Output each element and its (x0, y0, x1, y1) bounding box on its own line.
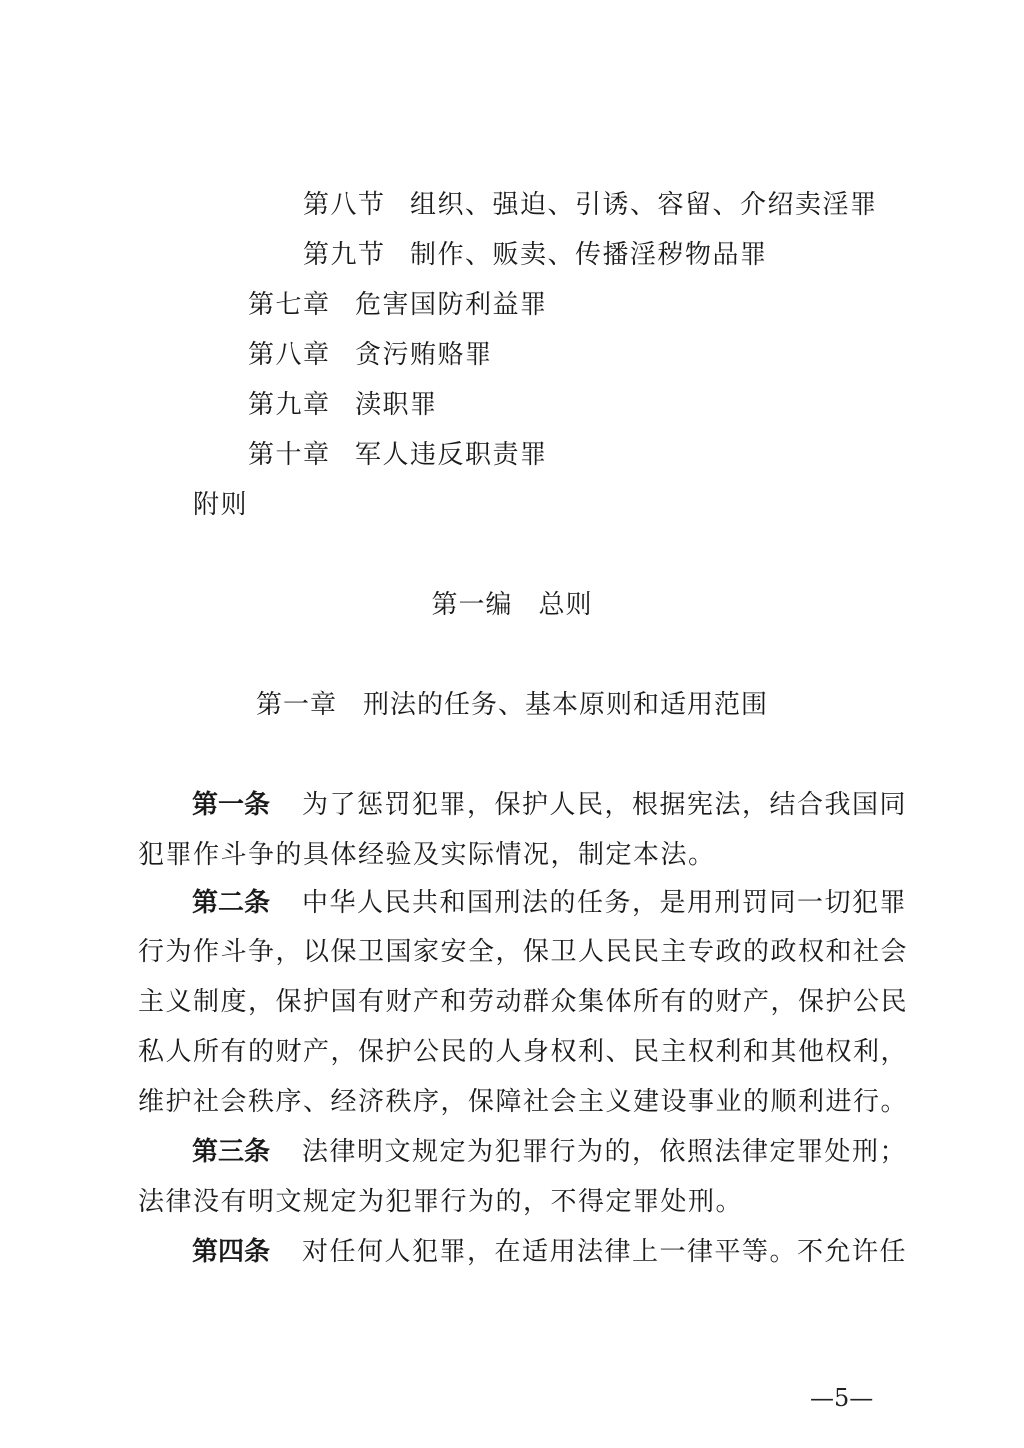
article-text: 为了惩罚犯罪，保护人民，根据宪法，结合我国同 (302, 790, 907, 820)
toc-chapter-title: 渎职罪 (355, 390, 438, 420)
article-3-line-1: 第三条法律明文规定为犯罪行为的，依照法律定罪处刑； (192, 1135, 907, 1169)
toc-chapter-number: 第九章 (248, 388, 355, 422)
article-4-line-1: 第四条对任何人犯罪，在适用法律上一律平等。不允许任 (192, 1235, 907, 1269)
article-text: 对任何人犯罪，在适用法律上一律平等。不允许任 (302, 1237, 907, 1267)
chapter-title: 刑法的任务、基本原则和适用范围 (363, 690, 768, 720)
chapter-heading: 第一章刑法的任务、基本原则和适用范围 (0, 688, 1024, 722)
article-label: 第四条 (192, 1235, 302, 1269)
article-2-line-4: 私人所有的财产，保护公民的人身权利、民主权利和其他权利， (138, 1035, 908, 1069)
toc-appendix: 附则 (193, 488, 248, 522)
toc-chapter-title: 军人违反职责罪 (355, 440, 548, 470)
toc-chapter-8: 第八章贪污贿赂罪 (248, 338, 493, 372)
toc-section-9: 第九节制作、贩卖、传播淫秽物品罪 (303, 238, 768, 272)
article-text: 法律明文规定为犯罪行为的，依照法律定罪处刑； (302, 1137, 907, 1167)
toc-chapter-10: 第十章军人违反职责罪 (248, 438, 548, 472)
article-2-line-2: 行为作斗争，以保卫国家安全，保卫人民民主专政的政权和社会 (138, 935, 908, 969)
part-title: 总则 (539, 590, 593, 620)
toc-section-number: 第九节 (303, 238, 410, 272)
toc-chapter-9: 第九章渎职罪 (248, 388, 438, 422)
toc-chapter-7: 第七章危害国防利益罪 (248, 288, 548, 322)
toc-chapter-title: 贪污贿赂罪 (355, 340, 493, 370)
toc-chapter-number: 第八章 (248, 338, 355, 372)
toc-chapter-title: 危害国防利益罪 (355, 290, 548, 320)
article-label: 第二条 (192, 886, 302, 920)
article-2-line-1: 第二条中华人民共和国刑法的任务，是用刑罚同一切犯罪 (192, 886, 907, 920)
toc-section-title: 组织、强迫、引诱、容留、介绍卖淫罪 (410, 190, 878, 220)
article-2-line-5: 维护社会秩序、经济秩序，保障社会主义建设事业的顺利进行。 (138, 1085, 908, 1119)
part-heading: 第一编总则 (0, 588, 1024, 622)
article-1-line-2: 犯罪作斗争的具体经验及实际情况，制定本法。 (138, 838, 716, 872)
article-text: 中华人民共和国刑法的任务，是用刑罚同一切犯罪 (302, 888, 907, 918)
part-number: 第一编 (431, 590, 512, 620)
toc-section-8: 第八节组织、强迫、引诱、容留、介绍卖淫罪 (303, 188, 878, 222)
article-2-line-3: 主义制度，保护国有财产和劳动群众集体所有的财产，保护公民 (138, 985, 908, 1019)
page-number: —5— (810, 1383, 873, 1413)
toc-section-title: 制作、贩卖、传播淫秽物品罪 (410, 240, 768, 270)
toc-chapter-number: 第七章 (248, 288, 355, 322)
article-label: 第三条 (192, 1135, 302, 1169)
article-3-line-2: 法律没有明文规定为犯罪行为的，不得定罪处刑。 (138, 1185, 743, 1219)
article-label: 第一条 (192, 788, 302, 822)
article-1-line-1: 第一条为了惩罚犯罪，保护人民，根据宪法，结合我国同 (192, 788, 907, 822)
toc-section-number: 第八节 (303, 188, 410, 222)
toc-chapter-number: 第十章 (248, 438, 355, 472)
chapter-number: 第一章 (256, 690, 337, 720)
document-page: 第八节组织、强迫、引诱、容留、介绍卖淫罪 第九节制作、贩卖、传播淫秽物品罪 第七… (0, 0, 1024, 1448)
